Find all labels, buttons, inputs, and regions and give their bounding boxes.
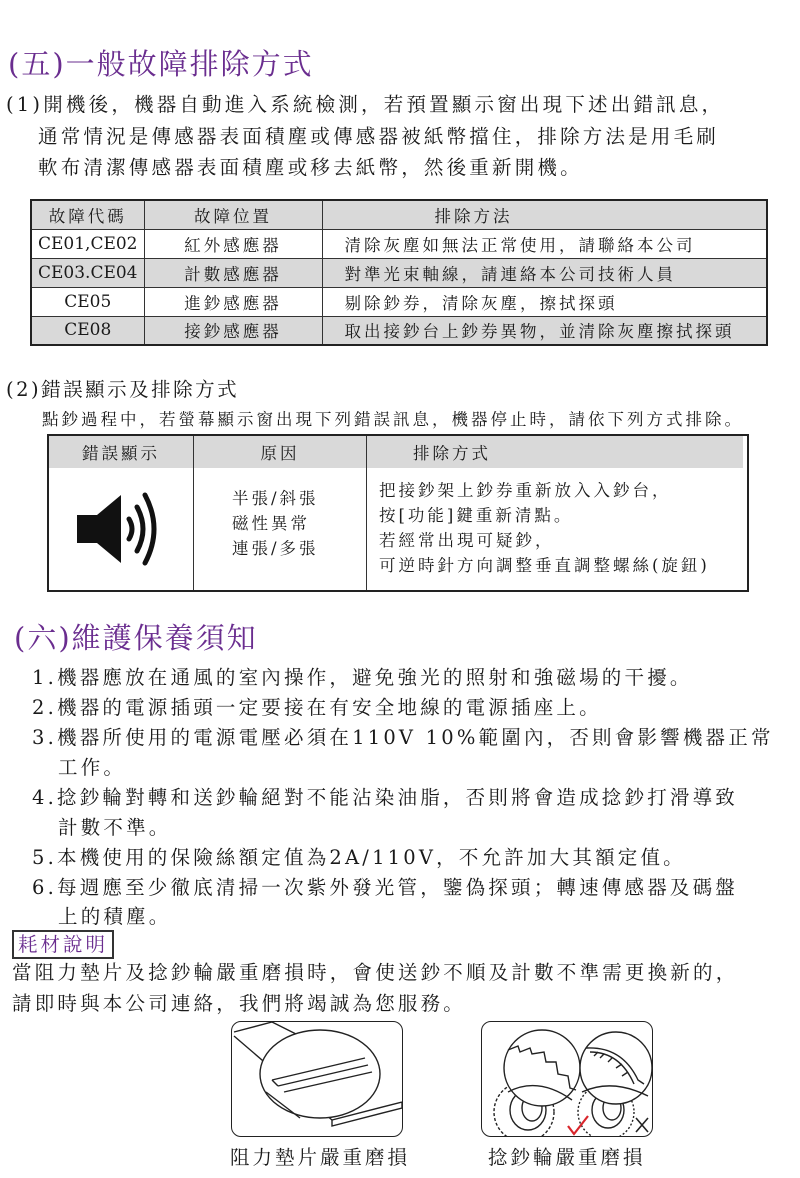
maintenance-item-1: 1.機器應放在通風的室內操作，避免強光的照射和強磁場的干擾。: [32, 663, 693, 693]
consumables-line-1: 當阻力墊片及捻鈔輪嚴重磨損時，會使送鈔不順及計數不準需更換新的，: [12, 958, 738, 988]
pickup-wheel-caption: 捻鈔輪嚴重磨損: [488, 1142, 646, 1170]
table-row: CE05 進鈔感應器 剔除鈔券，清除灰塵，擦拭探頭: [31, 287, 767, 316]
header-fix-method: 排除方法: [322, 200, 767, 229]
maintenance-item-3: 3.機器所使用的電源電壓必須在110V 10%範圍內，否則會影響機器正常: [32, 723, 774, 753]
pickup-wheel-icon: [482, 1022, 653, 1137]
header-remedy: 排除方式: [367, 436, 743, 468]
maintenance-item-4-cont: 計數不準。: [58, 813, 172, 843]
fault-code: CE01,CE02: [31, 229, 144, 258]
consumables-line-2: 請即時與本公司連絡，我們將竭誠為您服務。: [12, 989, 466, 1019]
fault-location: 接鈔感應器: [144, 316, 322, 345]
remedy-cell: 把接鈔架上鈔券重新放入入鈔台， 按[功能]鍵重新清點。 若經常出現可疑鈔， 可逆…: [367, 468, 747, 590]
remedy-line: 按[功能]鍵重新清點。: [379, 503, 747, 528]
item2-intro: 點鈔過程中，若螢幕顯示窗出現下列錯誤訊息，機器停止時，請依下列方式排除。: [42, 406, 744, 430]
header-error-display: 錯誤顯示: [49, 436, 194, 468]
fault-location: 紅外感應器: [144, 229, 322, 258]
fault-code-table: 故障代碼 故障位置 排除方法 CE01,CE02 紅外感應器 清除灰塵如無法正常…: [30, 199, 768, 346]
remedy-line: 把接鈔架上鈔券重新放入入鈔台，: [379, 478, 747, 503]
fix-method: 清除灰塵如無法正常使用，請聯絡本公司: [322, 229, 767, 258]
friction-pad-icon: [232, 1022, 403, 1137]
friction-pad-caption: 阻力墊片嚴重磨損: [230, 1142, 410, 1170]
remedy-line: 若經常出現可疑鈔，: [379, 528, 747, 553]
item1-line-2: 通常情況是傳感器表面積塵或傳感器被紙幣擋住，排除方法是用毛刷: [38, 122, 719, 152]
remedy-line: 可逆時針方向調整垂直調整螺絲(旋鈕): [379, 553, 747, 578]
fault-code: CE08: [31, 316, 144, 345]
consumables-label: 耗材說明: [12, 930, 114, 959]
fault-location: 計數感應器: [144, 258, 322, 287]
section5-title: (五)一般故障排除方式: [8, 50, 314, 79]
friction-pad-illustration: [231, 1021, 403, 1137]
speaker-sound-icon: [71, 479, 171, 579]
maintenance-item-6-cont: 上的積塵。: [58, 902, 172, 932]
check-mark-icon: [568, 1116, 588, 1134]
item1-line-1: (1)開機後，機器自動進入系統檢測，若預置顯示窗出現下述出錯訊息，: [6, 90, 724, 120]
fault-code: CE05: [31, 287, 144, 316]
maintenance-item-3-cont: 工作。: [58, 753, 126, 783]
pickup-wheel-illustration: [481, 1021, 653, 1137]
table-row: CE08 接鈔感應器 取出接鈔台上鈔券異物，並清除灰塵擦拭探頭: [31, 316, 767, 345]
fix-method: 剔除鈔券，清除灰塵，擦拭探頭: [322, 287, 767, 316]
maintenance-item-6: 6.每週應至少徹底清掃一次紫外發光管，鑒偽探頭；轉速傳感器及碼盤: [32, 873, 738, 903]
maintenance-item-5: 5.本機使用的保險絲額定值為2A/110V，不允許加大其額定值。: [32, 843, 686, 873]
x-mark-icon: [636, 1118, 648, 1132]
table-row: CE01,CE02 紅外感應器 清除灰塵如無法正常使用，請聯絡本公司: [31, 229, 767, 258]
maintenance-item-4: 4.捻鈔輪對轉和送鈔輪絕對不能沾染油脂，否則將會造成捻鈔打滑導致: [32, 783, 738, 813]
item1-line-3: 軟布清潔傳感器表面積塵或移去紙幣，然後重新開機。: [38, 153, 583, 183]
maintenance-item-2: 2.機器的電源插頭一定要接在有安全地線的電源插座上。: [32, 693, 602, 723]
cause-item: 連張/多張: [232, 536, 366, 561]
fix-method: 取出接鈔台上鈔券異物，並清除灰塵擦拭探頭: [322, 316, 767, 345]
cause-item: 磁性異常: [232, 511, 366, 536]
header-cause: 原因: [194, 436, 367, 468]
fault-code: CE03.CE04: [31, 258, 144, 287]
fix-method: 對準光束軸線，請連絡本公司技術人員: [322, 258, 767, 287]
header-fault-code: 故障代碼: [31, 200, 144, 229]
error-display-table: 錯誤顯示 原因 排除方式 半張/斜張 磁性異常 連張/多張 把接鈔架上鈔券重新放…: [47, 434, 749, 592]
cause-item: 半張/斜張: [232, 486, 366, 511]
fault-table-header: 故障代碼 故障位置 排除方法: [31, 200, 767, 229]
section6-title: (六)維護保養須知: [14, 624, 258, 653]
cause-cell: 半張/斜張 磁性異常 連張/多張: [194, 468, 367, 590]
table-row: CE03.CE04 計數感應器 對準光束軸線，請連絡本公司技術人員: [31, 258, 767, 287]
header-fault-location: 故障位置: [144, 200, 322, 229]
item2-title: (2)錯誤顯示及排除方式: [6, 374, 239, 402]
fault-location: 進鈔感應器: [144, 287, 322, 316]
error-display-cell: [49, 468, 194, 590]
